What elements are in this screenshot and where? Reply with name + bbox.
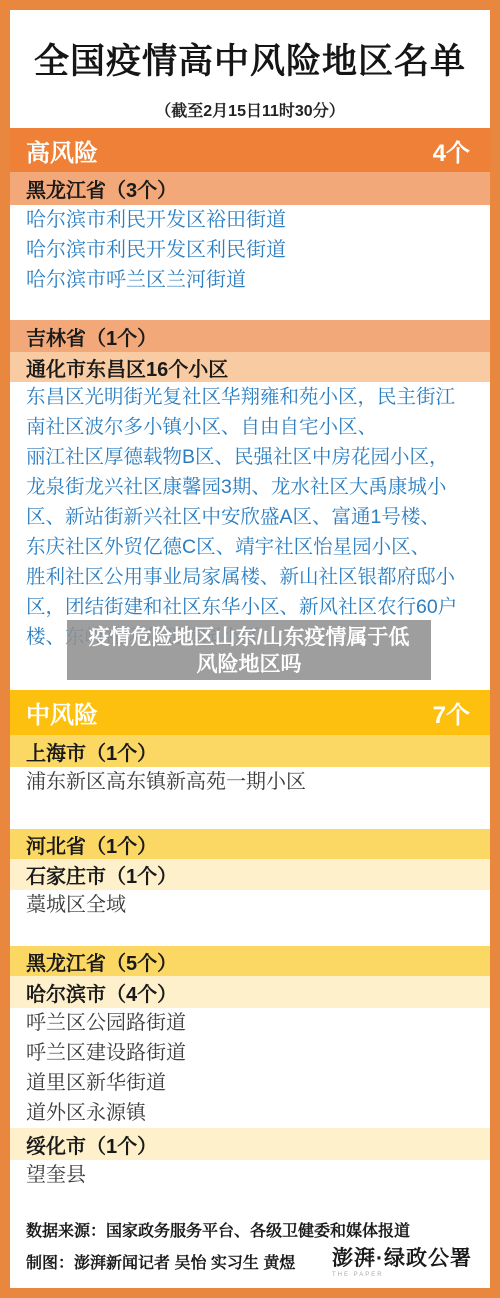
footer-source: 数据来源：国家政务服务平台、各级卫健委和媒体报道 <box>26 1218 474 1241</box>
community-paragraph: 东昌区光明街光复社区华翔雍和苑小区，民主街江 南社区波尔多小镇小区、自由自宅小区… <box>10 382 490 652</box>
region-item: 望奎县 <box>10 1160 490 1190</box>
province-band-jilin: 吉林省（1个） <box>10 320 490 352</box>
spacer <box>10 920 490 946</box>
region-item: 呼兰区公园路街道 <box>10 1008 490 1038</box>
paper-logo-subtext: THE PAPER <box>332 1272 472 1278</box>
paper-logo-text: 澎湃·绿政公署 <box>332 1242 472 1272</box>
high-risk-label: 高风险 <box>26 133 98 168</box>
spacer <box>10 797 490 829</box>
community-line: 龙泉街龙兴社区康馨园3期、龙水社区大禹康城小 <box>10 472 490 502</box>
region-item: 藁城区全域 <box>10 890 490 920</box>
caption-line: 风险地区吗 <box>67 651 431 678</box>
region-item: 呼兰区建设路街道 <box>10 1038 490 1068</box>
city-band-suihua: 绥化市（1个） <box>10 1128 490 1160</box>
city-band-shijiazhuang: 石家庄市（1个） <box>10 859 490 890</box>
paper-logo: 澎湃·绿政公署 THE PAPER <box>332 1242 472 1278</box>
title-block: 全国疫情高中风险地区名单 （截至2月15日11时30分） <box>10 10 490 128</box>
community-line: 南社区波尔多小镇小区、自由自宅小区、 <box>10 412 490 442</box>
medium-risk-count: 7个 <box>433 695 470 730</box>
spacer <box>10 295 490 320</box>
region-item: 道外区永源镇 <box>10 1098 490 1128</box>
community-line: 区、新站街新兴社区中安欣盛A区、富通1号楼、 <box>10 502 490 532</box>
province-band-shanghai: 上海市（1个） <box>10 735 490 767</box>
city-band-tonghua: 通化市东昌区16个小区 <box>10 352 490 382</box>
province-band-hebei: 河北省（1个） <box>10 829 490 859</box>
city-band-harbin: 哈尔滨市（4个） <box>10 976 490 1008</box>
region-item: 哈尔滨市利民开发区裕田街道 <box>10 205 490 235</box>
region-item: 哈尔滨市利民开发区利民街道 <box>10 235 490 265</box>
community-line: 丽江社区厚德载物B区、民强社区中房花园小区， <box>10 442 490 472</box>
community-line: 区，团结街建和社区东华小区、新风社区农行60户 <box>10 592 490 622</box>
footer: 数据来源：国家政务服务平台、各级卫健委和媒体报道 制图：澎湃新闻记者 吴怡 实习… <box>10 1190 490 1288</box>
medium-risk-label: 中风险 <box>26 695 98 730</box>
region-item: 道里区新华街道 <box>10 1068 490 1098</box>
community-line: 东庆社区外贸亿德C区、靖宇社区怡星园小区、 <box>10 532 490 562</box>
risk-area-infographic: 全国疫情高中风险地区名单 （截至2月15日11时30分） 高风险 4个 黑龙江省… <box>0 0 500 1298</box>
high-risk-section-header: 高风险 4个 <box>10 128 490 172</box>
province-band-heilongjiang-high: 黑龙江省（3个） <box>10 172 490 205</box>
page-subtitle: （截至2月15日11时30分） <box>10 98 490 121</box>
high-risk-count: 4个 <box>433 133 470 168</box>
page-title: 全国疫情高中风险地区名单 <box>10 10 490 84</box>
community-line: 胜利社区公用事业局家属楼、新山社区银都府邸小 <box>10 562 490 592</box>
province-band-heilongjiang-mid: 黑龙江省（5个） <box>10 946 490 976</box>
medium-risk-section-header: 中风险 7个 <box>10 690 490 735</box>
caption-line: 疫情危险地区山东/山东疫情属于低 <box>67 624 431 651</box>
caption-overlay: 疫情危险地区山东/山东疫情属于低 风险地区吗 <box>67 620 431 680</box>
region-item: 哈尔滨市呼兰区兰河街道 <box>10 265 490 295</box>
community-line: 东昌区光明街光复社区华翔雍和苑小区，民主街江 <box>10 382 490 412</box>
region-item: 浦东新区高东镇新高苑一期小区 <box>10 767 490 797</box>
